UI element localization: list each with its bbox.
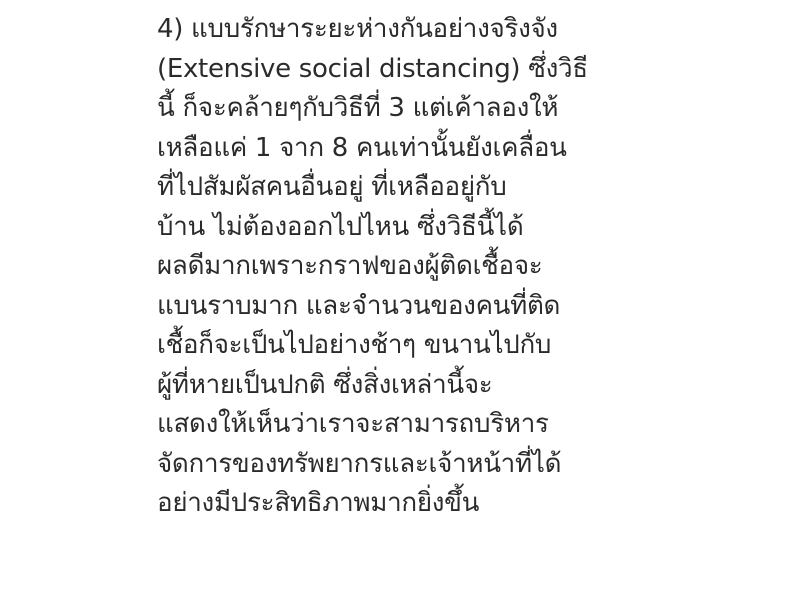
text-line: อย่างมีประสิทธิภาพมากยิ่งขึ้น — [157, 484, 677, 524]
text-line: แบนราบมาก และจำนวนของคนที่ติด — [157, 287, 677, 327]
text-line: นี้ ก็จะคล้ายๆกับวิธีที่ 3 แต่เค้าลองให้ — [157, 89, 677, 129]
paragraph-extensive-social-distancing: 4) แบบรักษาระยะห่างกันอย่างจริงจัง (Exte… — [157, 10, 677, 524]
text-line: เชื้อก็จะเป็นไปอย่างช้าๆ ขนานไปกับ — [157, 326, 677, 366]
text-line: แสดงให้เห็นว่าเราจะสามารถบริหาร — [157, 405, 677, 445]
text-line: 4) แบบรักษาระยะห่างกันอย่างจริงจัง — [157, 10, 677, 50]
text-line: (Extensive social distancing) ซึ่งวิธี — [157, 50, 677, 90]
text-line: จัดการของทรัพยากรและเจ้าหน้าที่ได้ — [157, 445, 677, 485]
text-line: ผลดีมากเพราะกราฟของผู้ติดเชื้อจะ — [157, 247, 677, 287]
text-line: บ้าน ไม่ต้องออกไปไหน ซึ่งวิธีนี้ได้ — [157, 208, 677, 248]
text-line: เหลือแค่ 1 จาก 8 คนเท่านั้นยังเคลื่อน — [157, 129, 677, 169]
text-line: ที่ไปสัมผัสคนอื่นอยู่ ที่เหลืออยู่กับ — [157, 168, 677, 208]
text-line: ผู้ที่หายเป็นปกติ ซึ่งสิ่งเหล่านี้จะ — [157, 366, 677, 406]
